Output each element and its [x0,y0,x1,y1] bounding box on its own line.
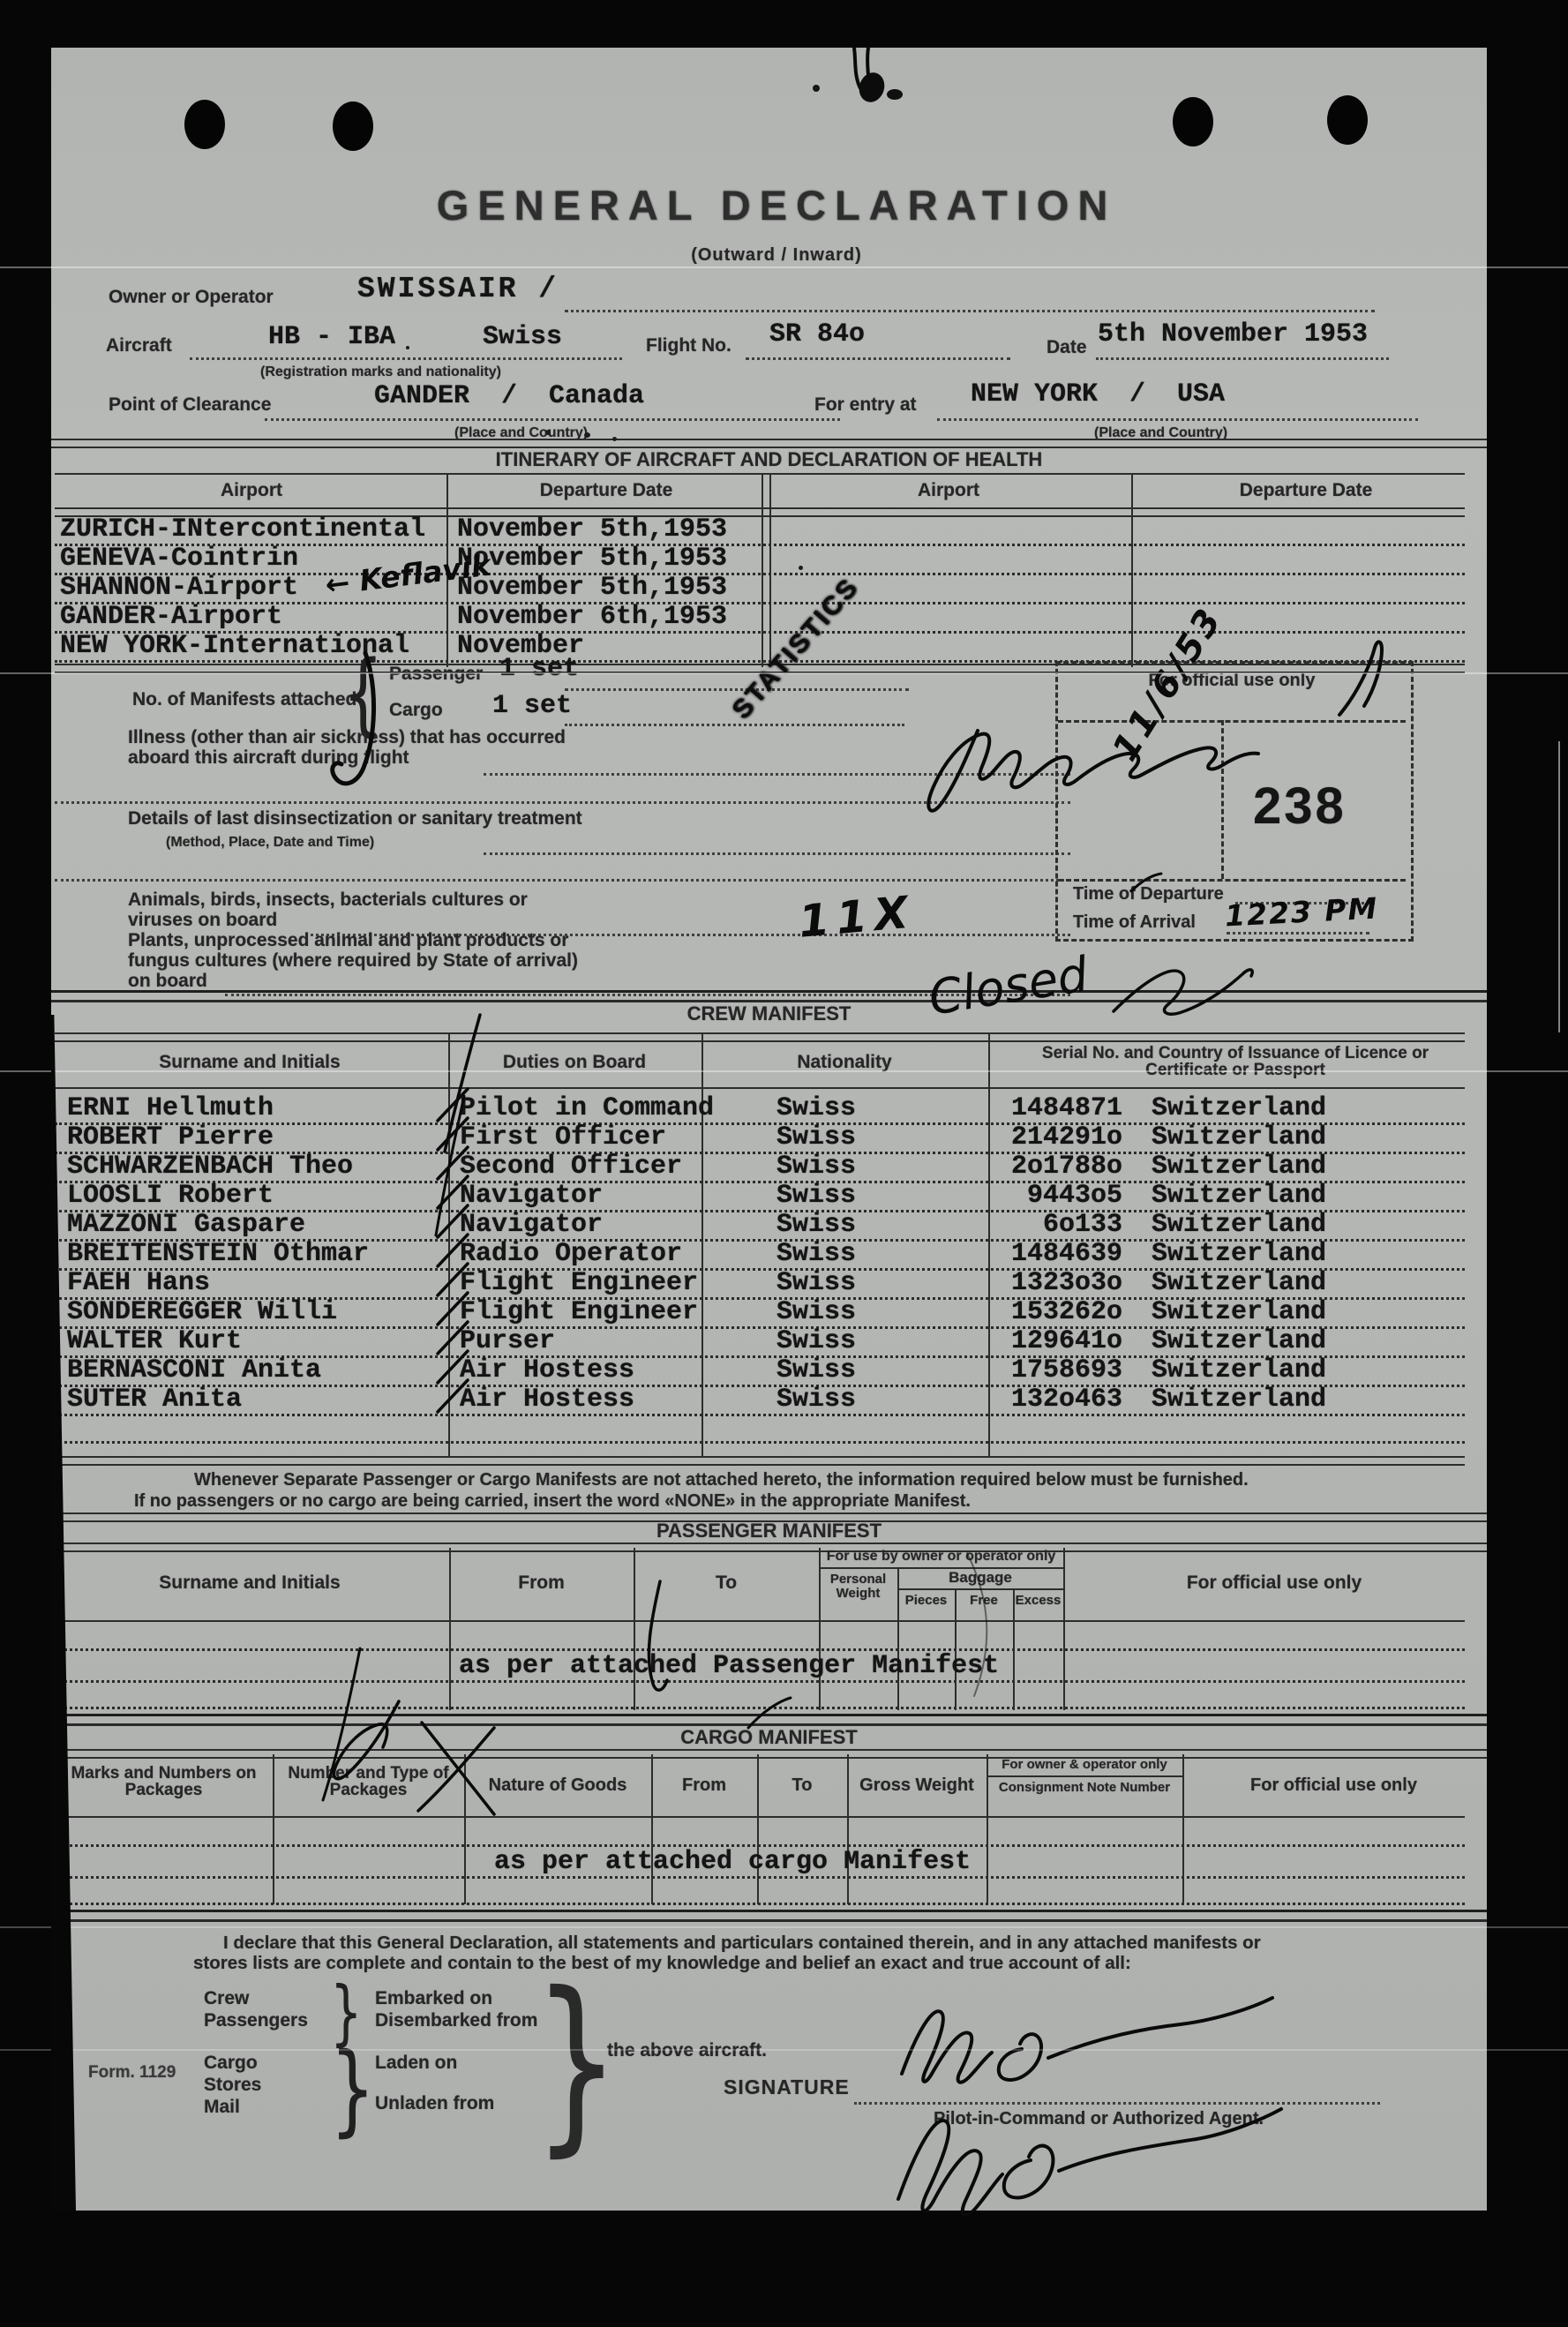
serial-cell: 9443o5 [999,1182,1122,1210]
dust-speck [584,432,590,438]
crew-row: SUTER Anita Air Hostess Swiss 132o463 Sw… [55,1385,1465,1416]
itinerary-col-depdate2: Departure Date [1196,480,1416,501]
crew-row: BERNASCONI Anita Air Hostess Swiss 17586… [55,1356,1465,1387]
surname-cell: MAZZONI Gaspare [67,1211,305,1239]
table-rule [55,1032,1465,1042]
country-cell: Switzerland [1152,1298,1326,1326]
airport-cell: GENEVA-Cointrin [60,544,298,573]
serial-cell: 1484639 [999,1240,1122,1268]
passenger-content: as per attached Passenger Manifest [459,1652,999,1680]
itinerary-col-airport: Airport [141,480,362,501]
nationality-cell: Swiss [776,1327,856,1355]
baggage-header: Baggage [897,1571,1063,1585]
crew-row: FAEH Hans Flight Engineer Swiss 1323o3o … [55,1269,1465,1300]
empty-passenger-row [55,1684,1465,1709]
aircraft-nationality: Swiss [483,323,562,351]
decl-crew-label: Crew [204,1988,249,2008]
table-rule [55,1816,1465,1818]
crew-title: CREW MANIFEST [51,1002,1487,1025]
illness-label: Illness (other than air sickness) that h… [128,727,566,747]
cargo-manifests-label: Cargo [389,700,443,720]
date-cell: November 5th,1953 [457,515,727,544]
cm-gross-header: Gross Weight [847,1775,987,1796]
country-cell: Switzerland [1152,1240,1326,1268]
declaration-line1: I declare that this General Declaration,… [223,1933,1261,1954]
nationality-cell: Swiss [776,1269,856,1297]
dotted-line [565,688,909,691]
surname-cell: SUTER Anita [67,1385,242,1414]
disinsect-sublabel: (Method, Place, Date and Time) [166,835,374,851]
itinerary-row: ZURICH-INtercontinental November 5th,195… [55,515,1465,546]
cm-number-header: Number and Type of Packages [279,1765,458,1798]
duty-cell: Purser [460,1327,555,1355]
punch-hole [184,100,225,149]
aircraft-sublabel: (Registration marks and nationality) [260,364,501,380]
animals-label: Animals, birds, insects, bacterials cult… [128,890,528,910]
serial-cell: 129641o [999,1327,1122,1355]
plants-label3: on board [128,971,207,991]
dotted-line [484,773,1070,776]
duty-cell: Air Hostess [460,1356,634,1385]
punch-hole [333,101,373,151]
decl-stores-label: Stores [204,2075,261,2095]
airport-cell: GANDER-Airport [60,603,282,631]
country-cell: Switzerland [1152,1211,1326,1239]
box-rule [1058,720,1406,723]
crew-col-serial: Serial No. and Country of Issuance of Li… [1006,1045,1465,1078]
country-cell: Switzerland [1152,1269,1326,1297]
itinerary-row: SHANNON-Airport November 5th,1953 [55,574,1465,604]
dotted-line [937,418,1418,421]
table-rule [897,1588,1063,1590]
surname-cell: BERNASCONI Anita [67,1356,321,1385]
table-rule [55,1087,1465,1089]
duty-cell: Pilot in Command [460,1094,714,1122]
nationality-cell: Swiss [776,1152,856,1181]
handwritten-animals-value: 11X [797,886,918,947]
signature-line [854,2102,1380,2105]
crew-row: SCHWARZENBACH Theo Second Officer Swiss … [55,1152,1465,1183]
duty-cell: First Officer [460,1123,666,1152]
nationality-cell: Swiss [776,1094,856,1122]
departure-time-label: Time of Departure [1073,884,1224,905]
surname-cell: SCHWARZENBACH Theo [67,1152,353,1181]
cm-consignment-header: Consignment Note Number [987,1781,1182,1795]
dotted-line [55,801,1070,804]
section-rule [51,1749,1487,1759]
passenger-content-row: as per attached Passenger Manifest [55,1652,1465,1683]
duty-cell: Flight Engineer [460,1298,698,1326]
signature-sublabel: Pilot-in-Command or Authorized Agent. [934,2109,1264,2129]
entry-value: NEW YORK / USA [971,380,1225,409]
country-cell: Switzerland [1152,1152,1326,1181]
surname-cell: LOOSLI Robert [67,1182,274,1210]
table-rule [55,473,1465,475]
surname-cell: BREITENSTEIN Othmar [67,1240,369,1268]
dotted-line [190,357,622,360]
clearance-label: Point of Clearance [109,394,271,415]
nationality-cell: Swiss [776,1123,856,1152]
brace: } [330,2038,375,2141]
pieces-header: Pieces [897,1594,955,1608]
pm-from-header: From [449,1573,634,1594]
crew-row: ROBERT Pierre First Officer Swiss 214291… [55,1123,1465,1154]
note-line2: If no passengers or no cargo are being c… [134,1491,971,1512]
date-label: Date [1047,337,1087,357]
dotted-line [1227,932,1369,935]
plants-label2: fungus cultures (where required by State… [128,950,578,971]
passenger-manifest-title: PASSENGER MANIFEST [51,1520,1487,1543]
free-header: Free [955,1594,1013,1608]
nationality-cell: Swiss [776,1298,856,1326]
excess-header: Excess [1013,1594,1063,1608]
dotted-line [55,879,1070,882]
crew-row: LOOSLI Robert Navigator Swiss 9443o5 Swi… [55,1182,1465,1212]
serial-cell: 132o463 [999,1385,1122,1414]
official-number-stamp: 238 [1253,777,1347,836]
empty-crew-row [55,1415,1465,1444]
decl-unladen-label: Unladen from [375,2093,494,2113]
serial-cell: 153262o [999,1298,1122,1326]
table-rule [819,1567,1063,1569]
punch-hole [1173,97,1213,146]
serial-cell: 6o133 [999,1211,1122,1239]
country-cell: Switzerland [1152,1123,1326,1152]
brace: } [533,1966,620,2160]
cargo-content-row: as per attached cargo Manifest [55,1848,1465,1879]
punch-hole [1327,95,1368,145]
nationality-cell: Swiss [776,1211,856,1239]
country-cell: Switzerland [1152,1094,1326,1122]
passenger-manifests-value: 1 set [499,655,579,683]
empty-cargo-row [55,1820,1465,1847]
table-rule [55,1456,1465,1466]
itinerary-col-depdate: Departure Date [496,480,716,501]
entry-label: For entry at [814,394,917,415]
decl-laden-label: Laden on [375,2053,457,2073]
section-rule [51,1714,1487,1726]
cm-marks-header: Marks and Numbers on Packages [61,1765,266,1798]
decl-embarked-label: Embarked on [375,1988,492,2008]
surname-cell: SONDEREGGER Willi [67,1298,337,1326]
scanned-document: GENERAL DECLARATION (Outward / Inward) O… [0,0,1568,2327]
page-title: GENERAL DECLARATION [397,181,1156,229]
cargo-manifest-title: CARGO MANIFEST [51,1726,1487,1749]
section-rule [51,1543,1487,1552]
country-cell: Switzerland [1152,1385,1326,1414]
surname-cell: ERNI Hellmuth [67,1094,274,1122]
section-rule [51,439,1487,448]
owner-use-header: For use by owner or operator only [819,1550,1063,1564]
arrival-time-label: Time of Arrival [1073,912,1196,933]
owner-value: SWISSAIR / [357,275,559,304]
serial-cell: 2o1788o [999,1152,1122,1181]
decl-cargo-label: Cargo [204,2053,258,2073]
cm-official-header: For official use only [1182,1775,1485,1796]
flight-label: Flight No. [646,335,731,356]
duty-cell: Radio Operator [460,1240,682,1268]
scan-artifact [0,1070,1568,1072]
itinerary-col-airport2: Airport [838,480,1059,501]
duty-cell: Second Officer [460,1152,682,1181]
decl-mail-label: Mail [204,2097,240,2117]
crew-row: SONDEREGGER Willi Flight Engineer Swiss … [55,1298,1465,1329]
date-cell: November 5th,1953 [457,544,727,573]
country-cell: Switzerland [1152,1327,1326,1355]
dotted-line [565,310,1375,312]
cargo-content: as per attached cargo Manifest [494,1848,971,1876]
plants-label: Plants, unprocessed animal and plant pro… [128,930,568,950]
pm-surname-header: Surname and Initials [117,1573,382,1594]
date-cell: November 5th,1953 [457,574,727,602]
nationality-cell: Swiss [776,1182,856,1210]
crew-row: ERNI Hellmuth Pilot in Command Swiss 148… [55,1094,1465,1125]
crew-row: WALTER Kurt Purser Swiss 129641o Switzer… [55,1327,1465,1358]
date-value: 5th November 1953 [1098,320,1368,349]
surname-cell: ROBERT Pierre [67,1123,274,1152]
nationality-cell: Swiss [776,1356,856,1385]
country-cell: Switzerland [1152,1182,1326,1210]
crew-row: BREITENSTEIN Othmar Radio Operator Swiss… [55,1240,1465,1271]
form-number: Form. 1129 [88,2063,176,2083]
cargo-manifests-value: 1 set [492,692,572,720]
note-line1: Whenever Separate Passenger or Cargo Man… [194,1470,1249,1490]
nationality-cell: Swiss [776,1240,856,1268]
dust-speck [406,346,409,349]
itinerary-title: ITINERARY OF AIRCRAFT AND DECLARATION OF… [51,448,1487,471]
empty-passenger-row [55,1624,1465,1651]
dotted-line [746,357,1010,360]
country-cell: Switzerland [1152,1356,1326,1385]
disinsect-label: Details of last disinsectization or sani… [128,808,582,829]
empty-cargo-row [55,1880,1465,1905]
itinerary-row: GANDER-Airport November 6th,1953 [55,603,1465,634]
dotted-line [484,852,1070,855]
itinerary-row: GENEVA-Cointrin November 5th,1953 [55,544,1465,575]
pm-official-header: For official use only [1063,1573,1485,1594]
flight-value: SR 84o [769,320,865,349]
section-rule [51,1910,1487,1922]
illness-label2: aboard this aircraft during flight [128,747,409,768]
airport-cell: SHANNON-Airport [60,574,298,602]
duty-cell: Navigator [460,1211,603,1239]
airport-cell: ZURICH-INtercontinental [60,515,425,544]
duty-cell: Air Hostess [460,1385,634,1414]
box-rule [1058,879,1406,882]
page-subtitle: (Outward / Inward) [397,245,1156,266]
duty-cell: Navigator [460,1182,603,1210]
aircraft-label: Aircraft [106,335,172,356]
box-divider [1221,720,1224,879]
pm-to-header: To [634,1573,819,1594]
personal-weight-header: Personal Weight [819,1573,897,1601]
cm-owner-header: For owner & operator only [987,1758,1182,1772]
animals-label2: viruses on board [128,910,277,930]
dust-speck [612,437,617,441]
owner-label: Owner or Operator [109,287,274,307]
cm-to-header: To [757,1775,847,1796]
section-rule [51,990,1487,1002]
dust-speck [799,566,803,570]
serial-cell: 214291o [999,1123,1122,1152]
dotted-line [265,418,840,421]
table-rule [55,1620,1465,1622]
itinerary-row: NEW YORK-International November [55,632,1465,663]
scan-artifact [1558,741,1560,1032]
cm-from-header: From [651,1775,757,1796]
surname-cell: FAEH Hans [67,1269,210,1297]
aircraft-value: HB - IBA [268,323,395,351]
dotted-line [1096,357,1389,360]
serial-cell: 1484871 [999,1094,1122,1122]
scan-artifact [0,1926,1568,1928]
date-cell: November 6th,1953 [457,603,727,631]
decl-disembarked-label: Disembarked from [375,2010,537,2030]
decl-passengers-label: Passengers [204,2010,308,2030]
scan-artifact [0,672,1568,674]
crew-row: MAZZONI Gaspare Navigator Swiss 6o133 Sw… [55,1211,1465,1242]
scan-artifact [0,266,1568,268]
serial-cell: 1323o3o [999,1269,1122,1297]
cm-nature-header: Nature of Goods [464,1775,651,1796]
serial-cell: 1758693 [999,1356,1122,1385]
signature-label: SIGNATURE [724,2076,850,2099]
clearance-value: GANDER / Canada [374,382,644,410]
manifests-count-label: No. of Manifests attached [132,689,356,709]
surname-cell: WALTER Kurt [67,1327,242,1355]
dust-speck [545,430,551,435]
table-rule [987,1775,1182,1777]
scan-artifact [0,2049,1568,2051]
nationality-cell: Swiss [776,1385,856,1414]
duty-cell: Flight Engineer [460,1269,698,1297]
